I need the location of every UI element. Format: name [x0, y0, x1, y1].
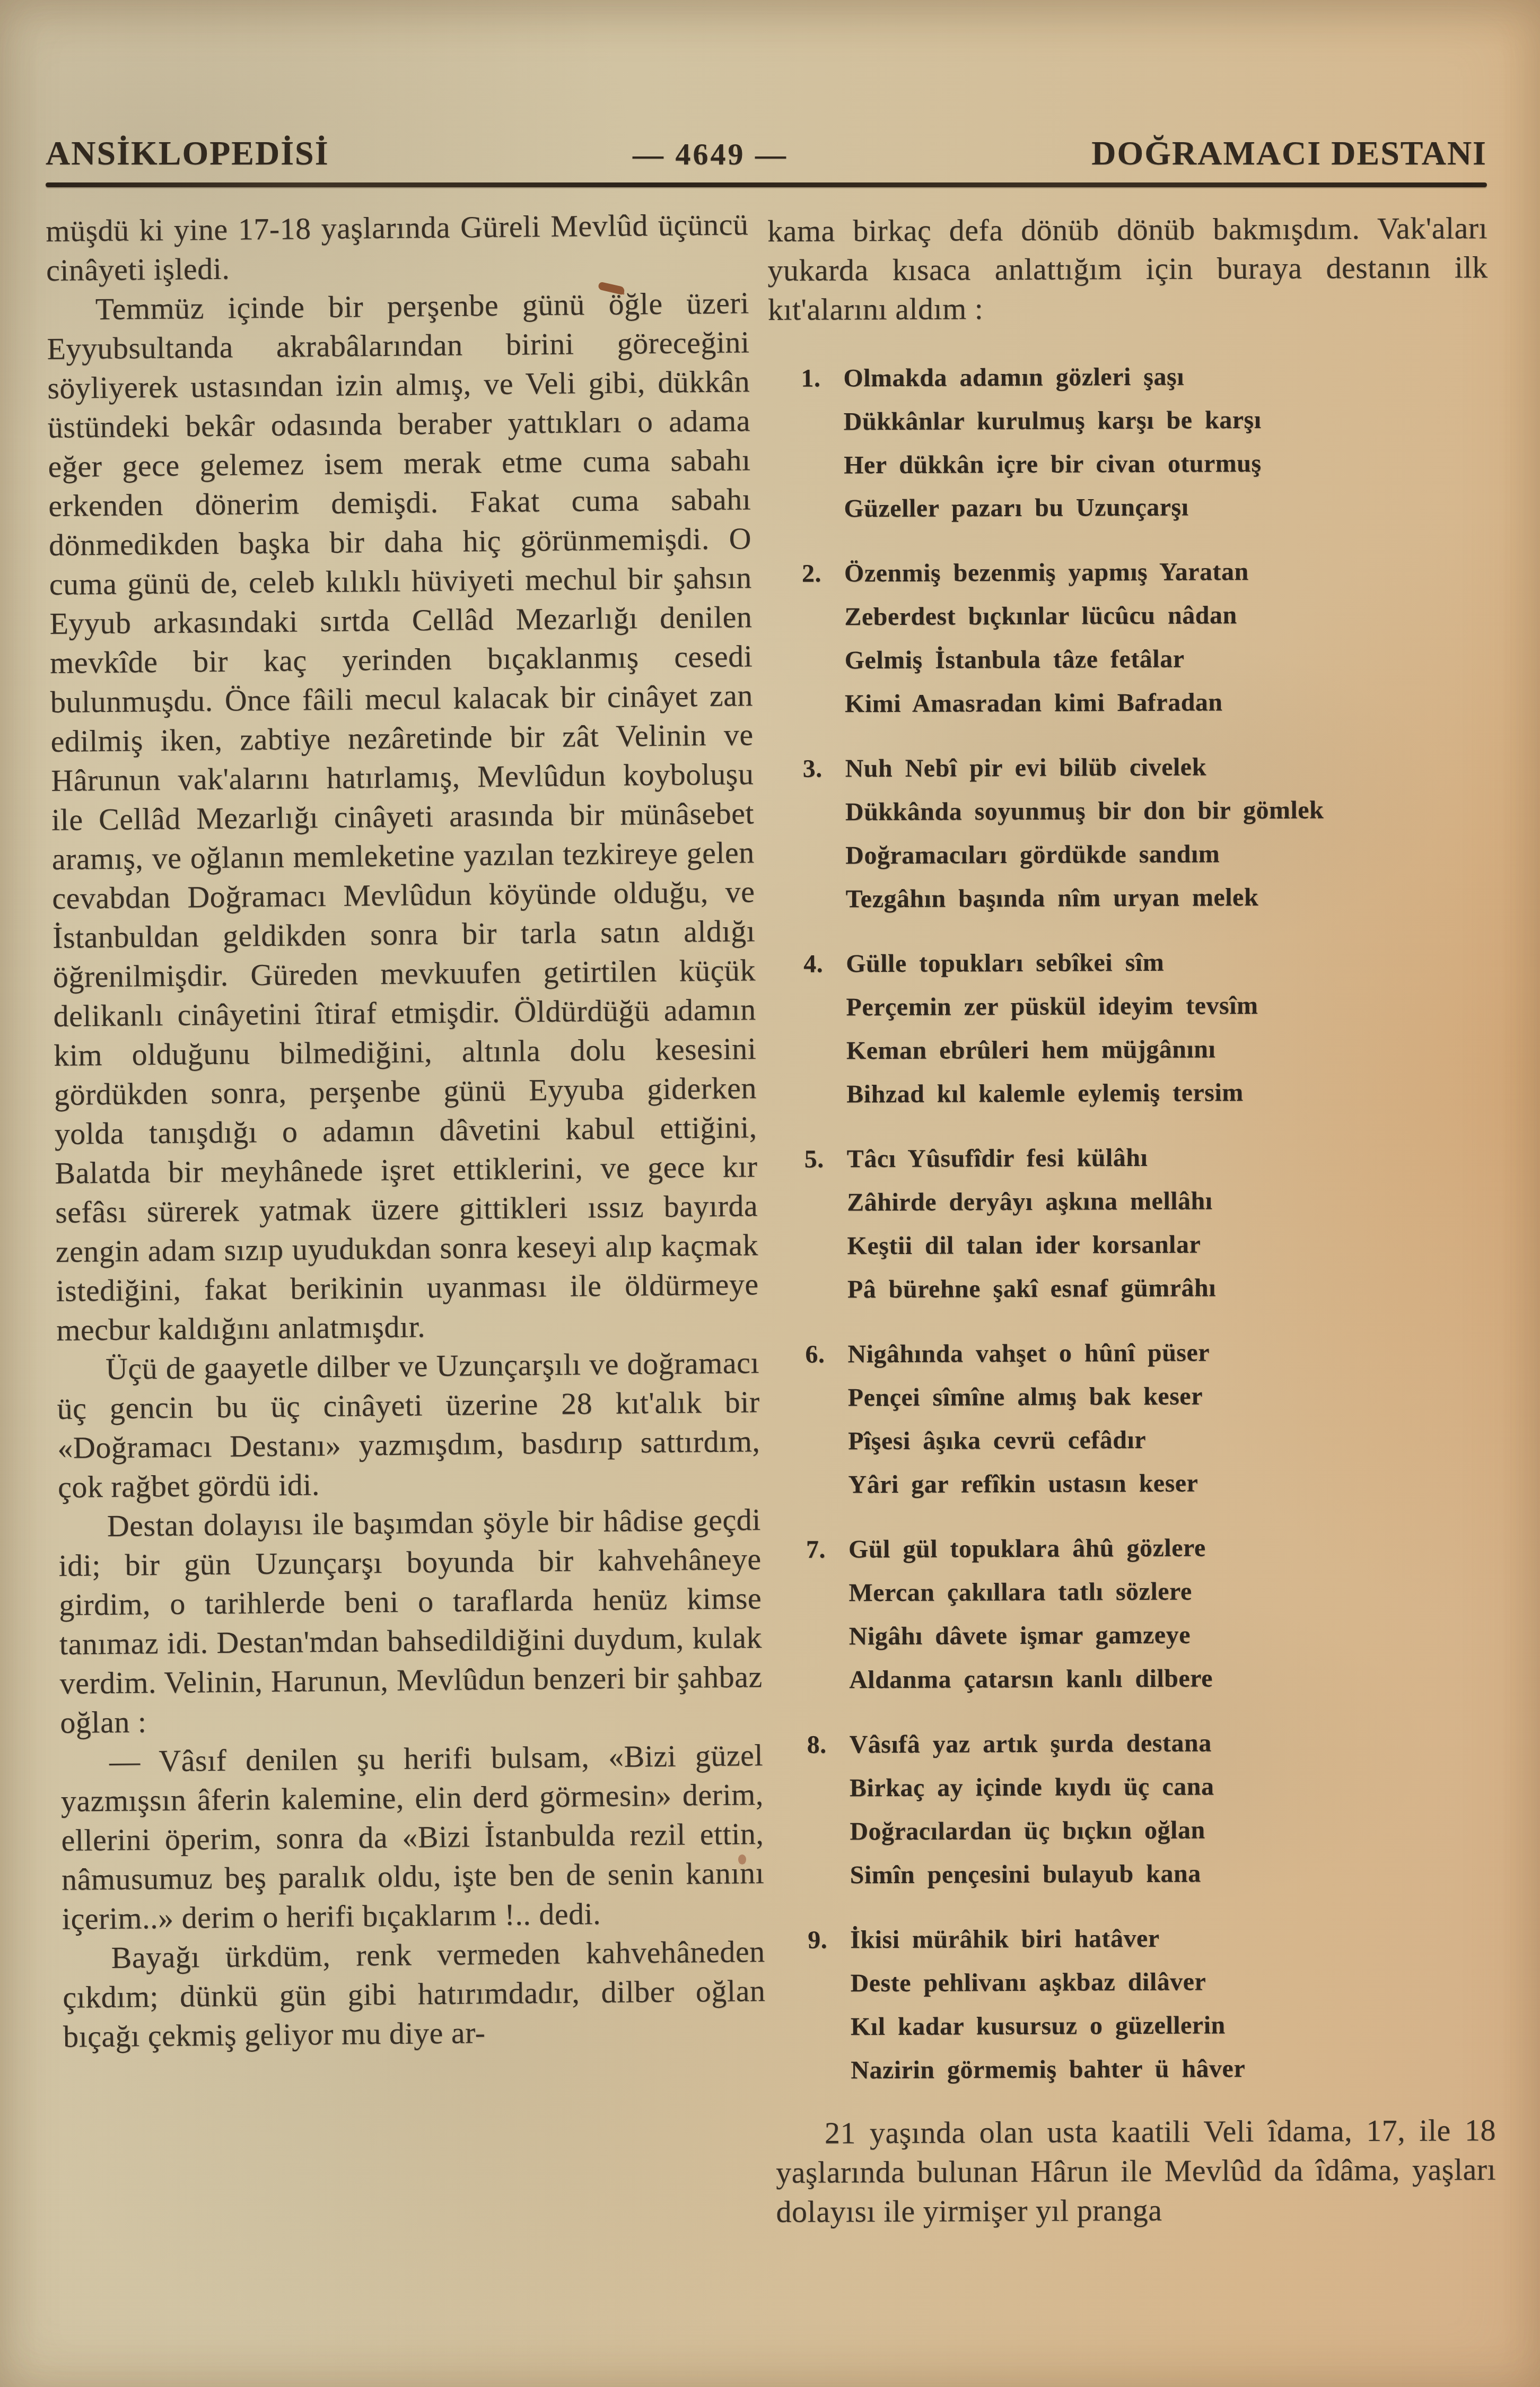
stanza-line: Simîn pençesini bulayub kana: [850, 1851, 1495, 1897]
stanza-line: Keman ebrûleri hem müjgânını: [846, 1026, 1491, 1073]
page-content: ANSİKLOPEDİSİ — 4649 — DOĞRAMACI DESTANI…: [0, 0, 1540, 2387]
stanza-line: Gül gül topuklara âhû gözlere: [848, 1525, 1493, 1571]
stanza-line: Doğracılardan üç bıçkın oğlan: [850, 1807, 1494, 1853]
stanza-line: Özenmiş bezenmiş yapmış Yaratan: [844, 549, 1489, 595]
stanza: 9. İkisi mürâhik biri hatâver Deste pehl…: [808, 1915, 1495, 2093]
stanza-number: 5.: [804, 1137, 847, 1311]
publication-title: ANSİKLOPEDİSİ: [46, 134, 329, 173]
stanza-line: Tâcı Yûsufîdir fesi külâhı: [847, 1135, 1492, 1181]
stanza-line: Gülle topukları sebîkei sîm: [846, 939, 1491, 986]
stanza-line: Bihzad kıl kalemle eylemiş tersim: [846, 1070, 1491, 1116]
paragraph: kama birkaç defa dönüb dönüb bakmışdım. …: [767, 208, 1488, 329]
paragraph: — Vâsıf denilen şu herifi bulsam, «Bizi …: [60, 1736, 765, 1939]
paragraph: Bayağı ürkdüm, renk vermeden kahvehânede…: [62, 1932, 766, 2057]
stanza-line: Perçemin zer püskül ideyim tevsîm: [846, 983, 1491, 1029]
left-column: müşdü ki yine 17-18 yaşlarında Güreli Me…: [46, 205, 767, 2232]
stanza-line: Gelmiş İstanbula tâze fetâlar: [845, 636, 1490, 682]
encyclopedia-scan-page: ANSİKLOPEDİSİ — 4649 — DOĞRAMACI DESTANI…: [0, 0, 1540, 2387]
paragraph: Temmüz içinde bir perşenbe günü öğle üze…: [46, 283, 759, 1350]
stanza-line: Kıl kadar kusursuz o güzellerin: [851, 2002, 1495, 2049]
stanza-line: Vâsıfâ yaz artık şurda destana: [849, 1720, 1494, 1766]
two-column-text: müşdü ki yine 17-18 yaşlarında Güreli Me…: [46, 212, 1487, 2232]
stanza-line: Dükkânda soyunmuş bir don bir gömlek: [845, 788, 1490, 834]
stanza: 6. Nigâhında vahşet o hûnî püser Pençei …: [805, 1330, 1493, 1507]
stanza-line: Nigâhında vahşet o hûnî püser: [847, 1330, 1492, 1376]
destan-stanzas: 1. Olmakda adamın gözleri şaşı Dükkânlar…: [801, 354, 1495, 2093]
stanza-line: Pâ bürehne şakî esnaf gümrâhı: [847, 1265, 1492, 1311]
stanza: 2. Özenmiş bezenmiş yapmış Yaratan Zeber…: [802, 549, 1490, 726]
stanza-line: Nuh Nebî pir evi bilüb civelek: [845, 744, 1490, 790]
stanza-number: 7.: [806, 1528, 849, 1702]
stanza-line: Dükkânlar kurulmuş karşı be karşı: [844, 397, 1489, 443]
stanza-line: Zeberdest bıçkınlar lücûcu nâdan: [844, 593, 1489, 639]
stanza-line: Olmakda adamın gözleri şaşı: [843, 354, 1488, 400]
stanza-line: Güzeller pazarı bu Uzunçarşı: [844, 484, 1489, 530]
page-header: ANSİKLOPEDİSİ — 4649 — DOĞRAMACI DESTANI: [46, 134, 1487, 173]
stanza-number: 1.: [801, 356, 844, 530]
article-title: DOĞRAMACI DESTANI: [1091, 134, 1487, 173]
closing-paragraph: 21 yaşında olan usta kaatili Veli îdama,…: [776, 2111, 1497, 2232]
stanza-line: Pençei sîmîne almış bak keser: [848, 1373, 1493, 1419]
stanza-number: 3.: [802, 747, 845, 921]
stanza: 3. Nuh Nebî pir evi bilüb civelek Dükkân…: [802, 744, 1490, 921]
stanza: 8. Vâsıfâ yaz artık şurda destana Birkaç…: [807, 1720, 1494, 1897]
stanza-line: Nazirin görmemiş bahter ü hâver: [851, 2046, 1495, 2092]
header-rule: [46, 182, 1487, 187]
stanza-number: 8.: [807, 1723, 850, 1897]
stanza-number: 2.: [802, 552, 845, 726]
stanza-line: Pîşesi âşıka cevrü cefâdır: [848, 1417, 1493, 1463]
stanza-line: Yâri gar refîkin ustasın keser: [848, 1460, 1493, 1506]
stain-dot: [738, 1854, 746, 1865]
page-number: — 4649 —: [633, 136, 788, 172]
stanza-line: Keştii dil talan ider korsanlar: [847, 1222, 1492, 1268]
paragraph: Üçü de gaayetle dilber ve Uzunçarşılı ve…: [57, 1343, 761, 1507]
stanza-number: 6.: [805, 1332, 848, 1506]
stanza: 7. Gül gül topuklara âhû gözlere Mercan …: [806, 1525, 1494, 1702]
paragraph: müşdü ki yine 17-18 yaşlarında Güreli Me…: [46, 205, 749, 290]
stanza: 5. Tâcı Yûsufîdir fesi külâhı Zâhirde de…: [804, 1135, 1492, 1312]
stanza-line: Kimi Amasradan kimi Bafradan: [845, 679, 1490, 726]
stanza-line: Birkaç ay içinde kıydı üç cana: [850, 1764, 1494, 1810]
stanza: 4. Gülle topukları sebîkei sîm Perçemin …: [803, 939, 1491, 1117]
stanza-line: Doğramacıları gördükde sandım: [845, 831, 1490, 877]
stanza-line: Her dükkân içre bir civan oturmuş: [844, 441, 1489, 487]
stanza-line: Deste pehlivanı aşkbaz dilâver: [850, 1959, 1495, 2005]
stanza-line: Tezgâhın başında nîm uryan melek: [845, 875, 1490, 921]
stanza-line: Mercan çakıllara tatlı sözlere: [848, 1569, 1493, 1615]
stanza-number: 4.: [803, 942, 846, 1116]
stanza-line: Nigâhı dâvete işmar gamzeye: [849, 1612, 1494, 1658]
stanza-number: 9.: [808, 1918, 851, 2092]
paragraph: Destan dolayısı ile başımdan şöyle bir h…: [58, 1500, 763, 1743]
stanza-line: Aldanma çatarsın kanlı dilbere: [849, 1656, 1494, 1702]
stanza: 1. Olmakda adamın gözleri şaşı Dükkânlar…: [801, 354, 1489, 531]
stanza-line: Zâhirde deryâyı aşkına mellâhı: [847, 1178, 1492, 1224]
stanza-line: İkisi mürâhik biri hatâver: [850, 1915, 1495, 1962]
right-column: kama birkaç defa dönüb dönüb bakmışdım. …: [767, 208, 1497, 2232]
